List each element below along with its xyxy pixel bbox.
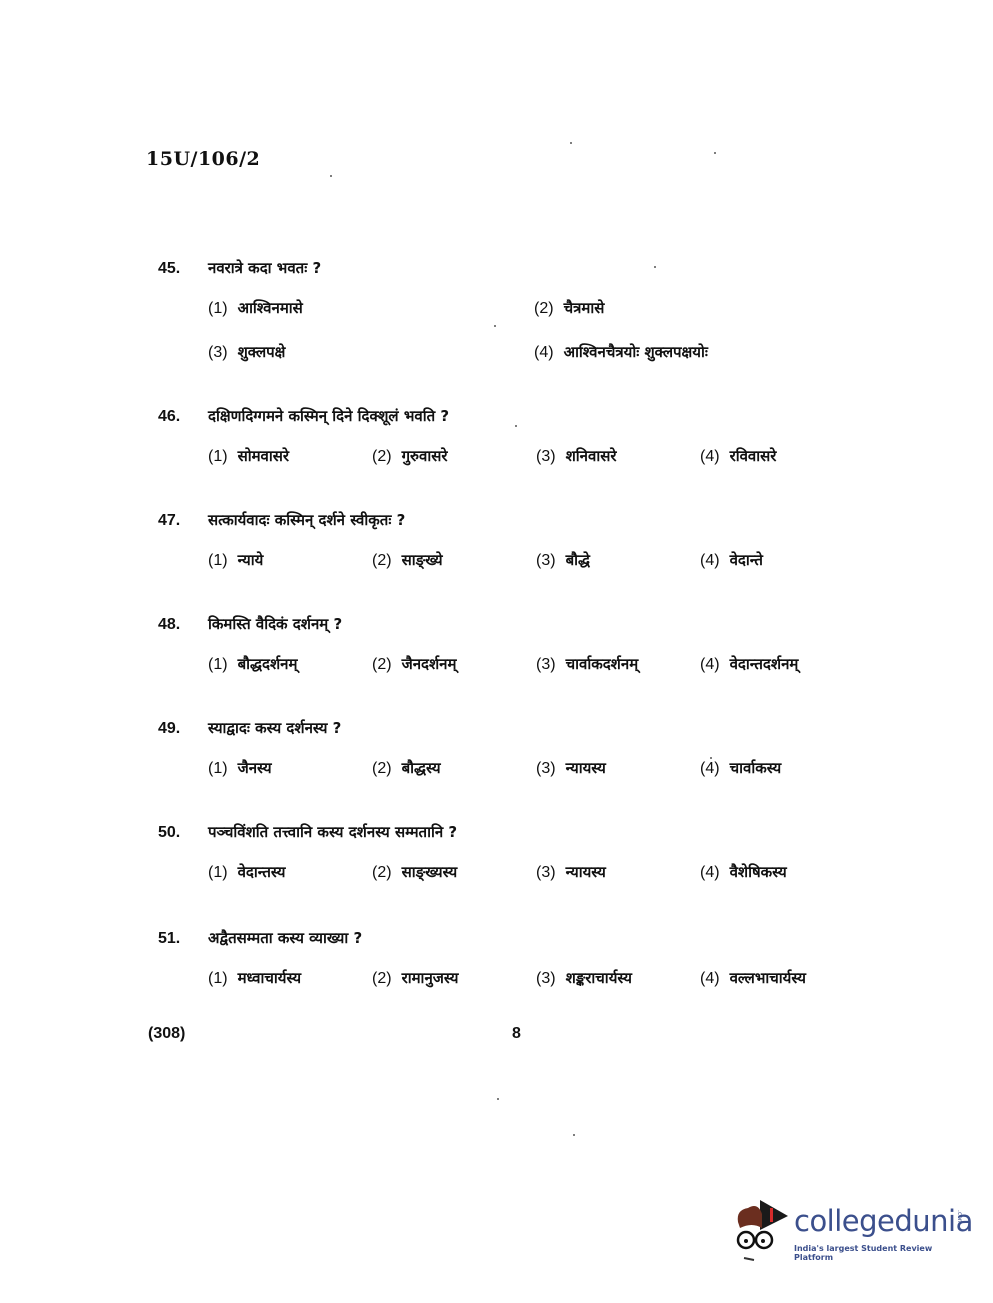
options-list: (1)जैनस्य (2)बौद्धस्य (3)न्यायस्य (4)चार… <box>158 758 858 798</box>
option-4: (4)वल्लभाचार्यस्य <box>700 968 806 988</box>
scan-speck <box>515 425 517 427</box>
option-3: (3)बौद्धे <box>536 550 590 570</box>
question-text: किमस्ति वैदिकं दर्शनम् ? <box>208 614 342 634</box>
option-4: (4)वेदान्ते <box>700 550 763 570</box>
option-1: (1)जैनस्य <box>208 758 272 778</box>
option-2: (2)रामानुजस्य <box>372 968 458 988</box>
brand-name: collegedunia <box>794 1204 973 1238</box>
option-4: (4)आश्विनचैत्रयोः शुक्लपक्षयोः <box>534 342 708 362</box>
footer-code: (308) <box>148 1025 185 1043</box>
options-list: (1)न्याये (2)साङ्ख्ये (3)बौद्धे (4)वेदान… <box>158 550 858 590</box>
question-text: नवरात्रे कदा भवतः ? <box>208 258 321 278</box>
option-3: (3)चार्वाकदर्शनम् <box>536 654 638 674</box>
question-number: 48. <box>158 616 208 634</box>
option-1: (1)बौद्धदर्शनम् <box>208 654 297 674</box>
options-list: (1)सोमवासरे (2)गुरुवासरे (3)शनिवासरे (4)… <box>158 446 858 486</box>
options-list: (1)बौद्धदर्शनम् (2)जैनदर्शनम् (3)चार्वाक… <box>158 654 858 694</box>
question-47: 47. सत्कार्यवादः कस्मिन् दर्शने स्वीकृतः… <box>158 510 858 590</box>
question-50: 50. पञ्चविंशति तत्त्वानि कस्य दर्शनस्य स… <box>158 822 858 902</box>
option-4: (4)वेदान्तदर्शनम् <box>700 654 798 674</box>
option-1: (1)मध्वाचार्यस्य <box>208 968 301 988</box>
scan-speck <box>714 152 716 154</box>
option-3: (3)शनिवासरे <box>536 446 616 466</box>
option-3: (3)शुक्लपक्षे <box>208 342 285 362</box>
option-4: (4)रविवासरे <box>700 446 776 466</box>
option-4: (4)चार्वाकस्य <box>700 758 781 778</box>
option-3: (3)न्यायस्य <box>536 862 606 882</box>
option-1: (1)सोमवासरे <box>208 446 289 466</box>
option-3: (3)शङ्कराचार्यस्य <box>536 968 632 988</box>
question-number: 49. <box>158 720 208 738</box>
question-49: 49. स्याद्वादः कस्य दर्शनस्य ? (1)जैनस्य… <box>158 718 858 798</box>
scan-speck <box>494 325 496 327</box>
option-2: (2)गुरुवासरे <box>372 446 447 466</box>
page-number: 8 <box>512 1025 521 1043</box>
scan-speck <box>570 142 572 144</box>
question-48: 48. किमस्ति वैदिकं दर्शनम् ? (1)बौद्धदर्… <box>158 614 858 694</box>
brand-domain: .com <box>956 1210 963 1225</box>
options-list: (1)मध्वाचार्यस्य (2)रामानुजस्य (3)शङ्करा… <box>158 968 858 1008</box>
question-text: पञ्चविंशति तत्त्वानि कस्य दर्शनस्य सम्मत… <box>208 822 457 842</box>
question-number: 50. <box>158 824 208 842</box>
student-mascot-icon <box>732 1196 794 1266</box>
question-number: 45. <box>158 260 208 278</box>
option-1: (1)वेदान्तस्य <box>208 862 285 882</box>
question-45: 45. नवरात्रे कदा भवतः ? (1)आश्विनमासे (2… <box>158 258 858 388</box>
option-1: (1)आश्विनमासे <box>208 298 303 318</box>
scan-speck <box>710 757 712 759</box>
question-51: 51. अद्वैतसम्मता कस्य व्याख्या ? (1)मध्व… <box>158 928 858 1008</box>
paper-code: 15U/106/2 <box>146 148 260 170</box>
option-2: (2)जैनदर्शनम् <box>372 654 456 674</box>
options-list: (1)आश्विनमासे (2)चैत्रमासे (3)शुक्लपक्षे… <box>158 298 858 388</box>
question-text: स्याद्वादः कस्य दर्शनस्य ? <box>208 718 341 738</box>
scan-speck <box>330 175 332 177</box>
options-list: (1)वेदान्तस्य (2)साङ्ख्यस्य (3)न्यायस्य … <box>158 862 858 902</box>
question-number: 47. <box>158 512 208 530</box>
scan-speck <box>654 266 656 268</box>
option-4: (4)वैशेषिकस्य <box>700 862 787 882</box>
option-2: (2)साङ्ख्ये <box>372 550 443 570</box>
option-2: (2)चैत्रमासे <box>534 298 604 318</box>
option-2: (2)बौद्धस्य <box>372 758 441 778</box>
question-text: दक्षिणदिग्गमने कस्मिन् दिने दिक्शूलं भवत… <box>208 406 449 426</box>
option-2: (2)साङ्ख्यस्य <box>372 862 457 882</box>
scan-speck <box>497 1098 499 1100</box>
scan-speck <box>573 1134 575 1136</box>
collegedunia-logo: collegedunia .com India's largest Studen… <box>732 1196 972 1266</box>
question-number: 51. <box>158 930 208 948</box>
question-46: 46. दक्षिणदिग्गमने कस्मिन् दिने दिक्शूलं… <box>158 406 858 486</box>
question-text: अद्वैतसम्मता कस्य व्याख्या ? <box>208 928 362 948</box>
brand-tagline: India's largest Student Review Platform <box>794 1244 972 1262</box>
option-1: (1)न्याये <box>208 550 263 570</box>
question-number: 46. <box>158 408 208 426</box>
option-3: (3)न्यायस्य <box>536 758 606 778</box>
question-text: सत्कार्यवादः कस्मिन् दर्शने स्वीकृतः ? <box>208 510 405 530</box>
